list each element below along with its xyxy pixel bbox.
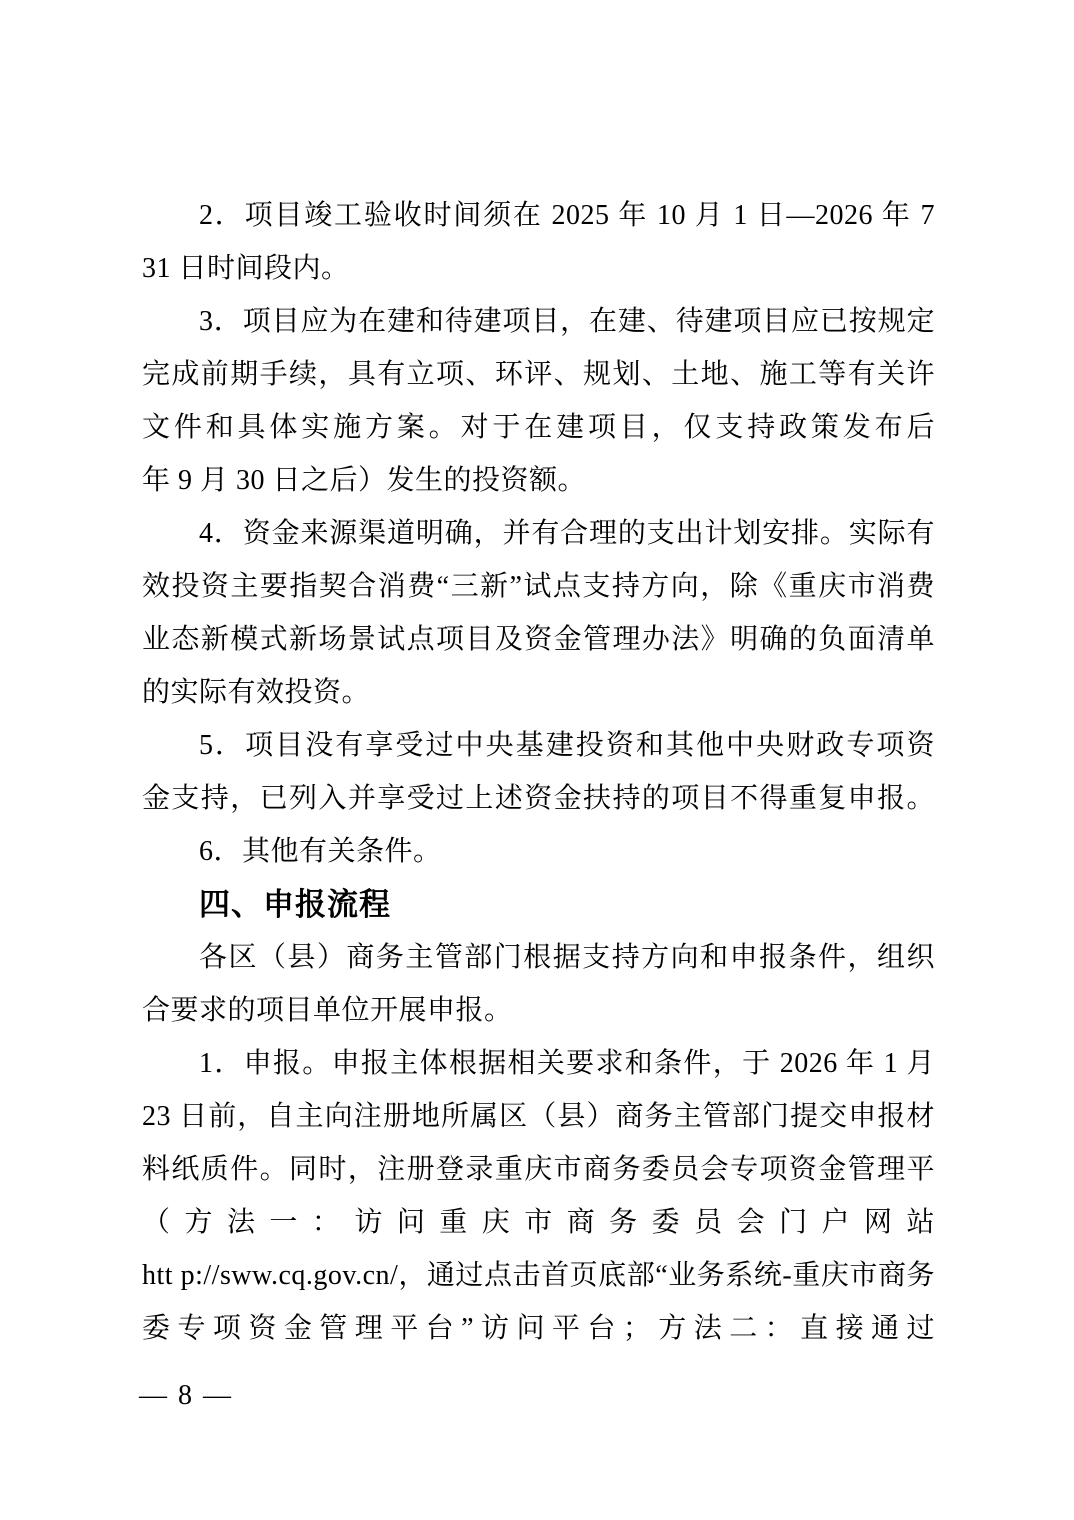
text-line: 效投资主要指契合消费“三新”试点支持方向，除《重庆市消费新 <box>142 560 935 613</box>
text-line: 料纸质件。同时，注册登录重庆市商务委员会专项资金管理平台 <box>142 1143 935 1196</box>
text-line: 4．资金来源渠道明确，并有合理的支出计划安排。实际有 <box>142 507 935 560</box>
text-line: （方法一：访问重庆市商务委员会门户网站 <box>142 1196 935 1249</box>
text-line: 金支持，已列入并享受过上述资金扶持的项目不得重复申报。 <box>142 772 935 825</box>
text-line: 6．其他有关条件。 <box>142 825 935 878</box>
text-line: htt p://sww.cq.gov.cn/，通过点击首页底部“业务系统-重庆市… <box>142 1249 935 1302</box>
text-line: 2．项目竣工验收时间须在 2025 年 10 月 1 日—2026 年 7 月 <box>142 189 935 242</box>
text-line: 委专项资金管理平台”访问平台；方法二：直接通过 <box>142 1302 935 1355</box>
text-line: 5．项目没有享受过中央基建投资和其他中央财政专项资 <box>142 719 935 772</box>
page-body: 2．项目竣工验收时间须在 2025 年 10 月 1 日—2026 年 7 月 … <box>142 189 935 1355</box>
document-page: 2．项目竣工验收时间须在 2025 年 10 月 1 日—2026 年 7 月 … <box>0 0 1074 1520</box>
text-line: 完成前期手续，具有立项、环评、规划、土地、施工等有关许可 <box>142 348 935 401</box>
text-line: 合要求的项目单位开展申报。 <box>142 984 935 1037</box>
text-line: 各区（县）商务主管部门根据支持方向和申报条件，组织符 <box>142 931 935 984</box>
text-line: 年 9 月 30 日之后）发生的投资额。 <box>142 454 935 507</box>
text-line: 31 日时间段内。 <box>142 242 935 295</box>
section-heading: 四、申报流程 <box>142 878 935 931</box>
page-number: — 8 — <box>139 1369 233 1422</box>
text-line: 文件和具体实施方案。对于在建项目，仅支持政策发布后（2025 <box>142 401 935 454</box>
text-line: 1．申报。申报主体根据相关要求和条件，于 2026 年 1 月 <box>142 1037 935 1090</box>
text-line: 23 日前，自主向注册地所属区（县）商务主管部门提交申报材 <box>142 1090 935 1143</box>
text-line: 3．项目应为在建和待建项目，在建、待建项目应已按规定 <box>142 295 935 348</box>
text-line: 的实际有效投资。 <box>142 666 935 719</box>
text-line: 业态新模式新场景试点项目及资金管理办法》明确的负面清单外 <box>142 613 935 666</box>
